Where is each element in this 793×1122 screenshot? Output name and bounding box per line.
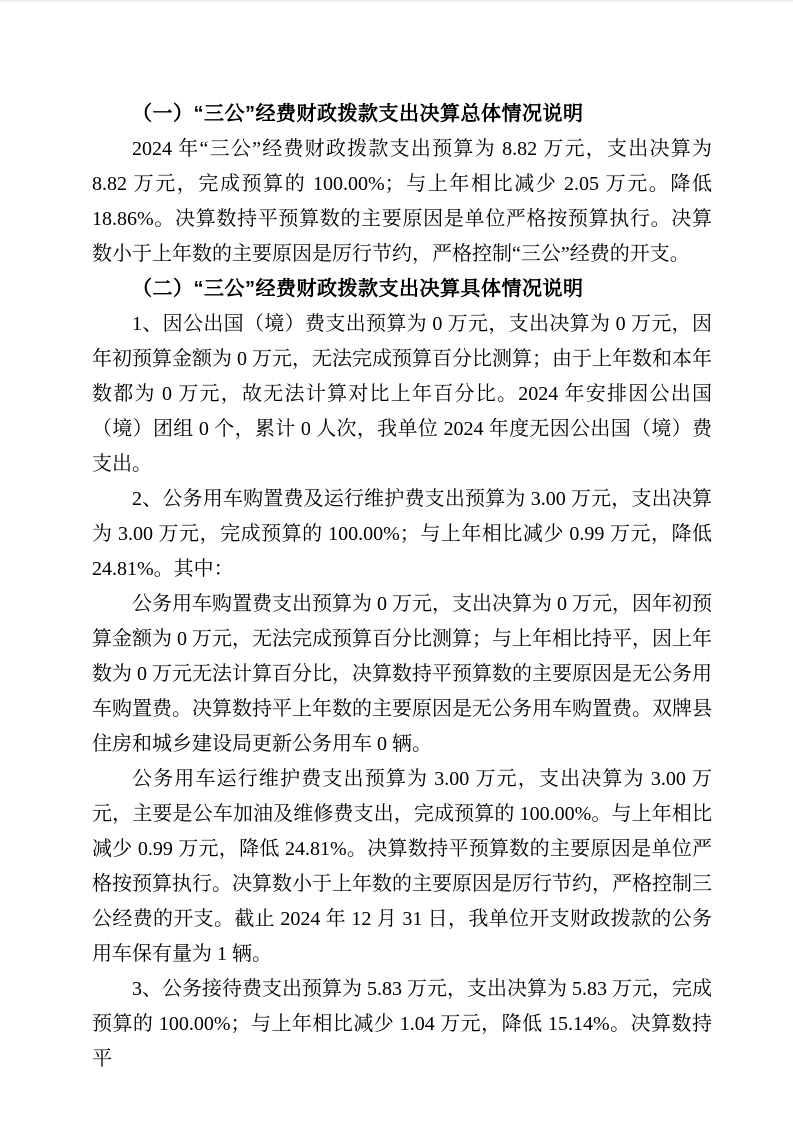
section-heading: （二）“三公”经费财政拨款支出决算具体情况说明 bbox=[92, 272, 712, 307]
body-paragraph: 3、公务接待费支出预算为 5.83 万元，支出决算为 5.83 万元，完成预算的… bbox=[92, 972, 712, 1077]
body-paragraph: 公务用车运行维护费支出预算为 3.00 万元，支出决算为 3.00 万元，主要是… bbox=[92, 762, 712, 972]
section-heading: （一）“三公”经费财政拨款支出决算总体情况说明 bbox=[92, 97, 712, 132]
body-paragraph: 2024 年“三公”经费财政拨款支出预算为 8.82 万元，支出决算为 8.82… bbox=[92, 132, 712, 272]
document-body: （一）“三公”经费财政拨款支出决算总体情况说明2024 年“三公”经费财政拨款支… bbox=[92, 97, 712, 1077]
body-paragraph: 1、因公出国（境）费支出预算为 0 万元，支出决算为 0 万元，因年初预算金额为… bbox=[92, 307, 712, 482]
body-paragraph: 公务用车购置费支出预算为 0 万元，支出决算为 0 万元，因年初预算金额为 0 … bbox=[92, 587, 712, 762]
page-top-edge bbox=[0, 0, 793, 2]
body-paragraph: 2、公务用车购置费及运行维护费支出预算为 3.00 万元，支出决算为 3.00 … bbox=[92, 482, 712, 587]
document-page: （一）“三公”经费财政拨款支出决算总体情况说明2024 年“三公”经费财政拨款支… bbox=[0, 0, 793, 1122]
